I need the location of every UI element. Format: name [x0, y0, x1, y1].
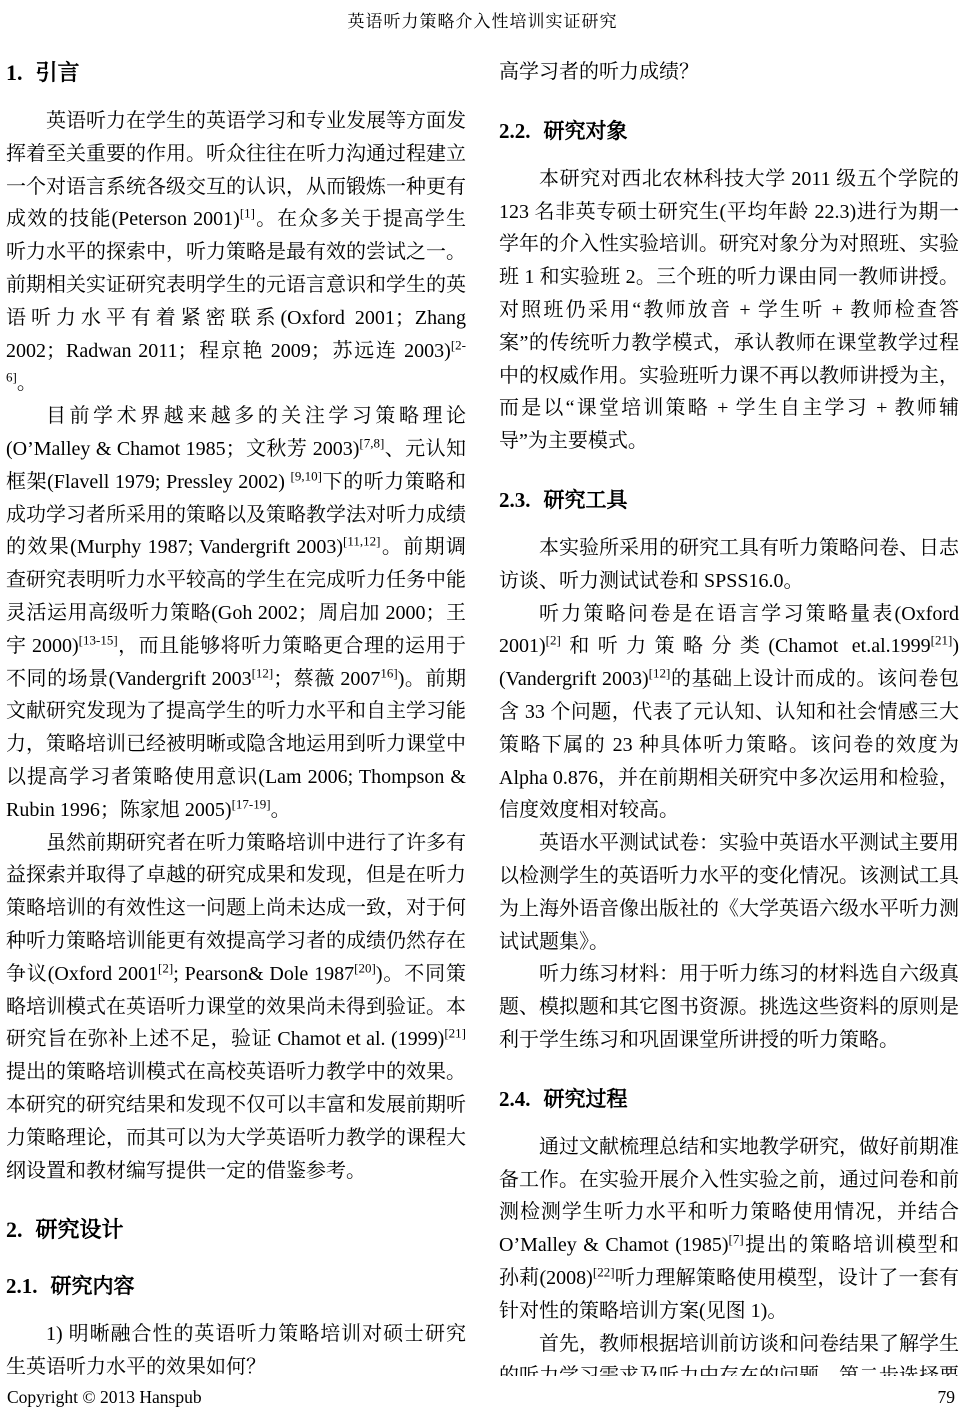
heading-number: 2.2.: [499, 119, 531, 143]
citation-superscript: [21]: [931, 633, 953, 648]
paragraph: 目前学术界越来越多的关注学习策略理论(O’Malley & Chamot 198…: [6, 400, 466, 826]
citation-superscript: [22]: [593, 1264, 615, 1279]
paragraph: 本研究对西北农林科技大学 2011 级五个学院的 123 名非英专硕士研究生(平…: [499, 163, 959, 458]
subsection-heading: 2.2.研究对象: [499, 115, 959, 145]
heading-number: 1.: [6, 60, 23, 85]
citation-superscript: [7,8]: [359, 435, 384, 450]
section-heading: 1.引言: [6, 56, 466, 87]
citation-superscript: [9,10]: [291, 468, 322, 483]
heading-number: 2.1.: [6, 1274, 38, 1298]
paragraph: 英语听力在学生的英语学习和专业发展等方面发挥着至关重要的作用。听众往往在听力沟通…: [6, 105, 466, 400]
citation-superscript: [7]: [729, 1231, 744, 1246]
citation-superscript: [21]: [444, 1026, 466, 1041]
paragraph: 听力练习材料：用于听力练习的材料选自六级真题、模拟题和其它图书资源。挑选这些资料…: [499, 958, 959, 1056]
citation-superscript: [2]: [546, 633, 561, 648]
citation-superscript: [20]: [354, 960, 376, 975]
paragraph: 本实验所采用的研究工具有听力策略问卷、日志访谈、听力测试试卷和 SPSS16.0…: [499, 532, 959, 598]
heading-label: 研究内容: [51, 1275, 135, 1298]
heading-label: 研究设计: [36, 1217, 124, 1242]
paper-page: 英语听力策略介入性培训实证研究 1.引言英语听力在学生的英语学习和专业发展等方面…: [0, 0, 965, 1376]
heading-label: 研究对象: [544, 120, 628, 143]
citation-superscript: [13-15]: [79, 632, 118, 647]
paragraph: 听力策略问卷是在语言学习策略量表(Oxford 2001)[2]和听力策略分类(…: [499, 598, 959, 828]
page-footer: Copyright © 2013 Hanspub 79: [7, 1387, 955, 1408]
paragraph: 首先，教师根据培训前访谈和问卷结果了解学生的听力学习需求及听力中存在的问题，第二…: [499, 1328, 959, 1377]
citation-superscript: [12]: [252, 665, 274, 680]
paragraph: 高学习者的听力成绩？: [499, 56, 959, 89]
citation-superscript: [1]: [240, 206, 255, 221]
paragraph: 通过文献梳理总结和实地教学研究，做好前期准备工作。在实验开展介入性实验之前，通过…: [499, 1131, 959, 1328]
page-number: 79: [938, 1387, 956, 1408]
citation-superscript: 16]: [380, 665, 397, 680]
subsection-heading: 2.1.研究内容: [6, 1270, 466, 1300]
section-heading: 2.研究设计: [6, 1213, 466, 1244]
paragraph: 虽然前期研究者在听力策略培训中进行了许多有益探索并取得了卓越的研究成果和发现，但…: [6, 827, 466, 1188]
content-columns: 1.引言英语听力在学生的英语学习和专业发展等方面发挥着至关重要的作用。听众往往在…: [0, 50, 965, 1376]
citation-superscript: [11,12]: [343, 534, 380, 549]
copyright-text: Copyright © 2013 Hanspub: [7, 1387, 202, 1408]
heading-label: 研究工具: [544, 489, 628, 512]
subsection-heading: 2.4.研究过程: [499, 1083, 959, 1113]
heading-label: 研究过程: [544, 1088, 628, 1111]
heading-number: 2.4.: [499, 1087, 531, 1111]
paragraph: 1) 明晰融合性的英语听力策略培训对硕士研究生英语听力水平的效果如何？: [6, 1318, 466, 1376]
paragraph: 英语水平测试试卷：实验中英语水平测试主要用以检测学生的英语听力水平的变化情况。该…: [499, 827, 959, 958]
heading-number: 2.: [6, 1217, 23, 1242]
citation-superscript: [12]: [649, 666, 671, 681]
citation-superscript: [2-6]: [6, 337, 466, 385]
citation-superscript: [17-19]: [232, 796, 271, 811]
left-column: 1.引言英语听力在学生的英语学习和专业发展等方面发挥着至关重要的作用。听众往往在…: [6, 50, 466, 1376]
subsection-heading: 2.3.研究工具: [499, 484, 959, 514]
citation-superscript: [2]: [158, 960, 173, 975]
right-column: 高学习者的听力成绩？2.2.研究对象本研究对西北农林科技大学 2011 级五个学…: [499, 50, 959, 1376]
heading-number: 2.3.: [499, 488, 531, 512]
heading-label: 引言: [36, 60, 80, 85]
running-head-title: 英语听力策略介入性培训实证研究: [0, 0, 965, 32]
